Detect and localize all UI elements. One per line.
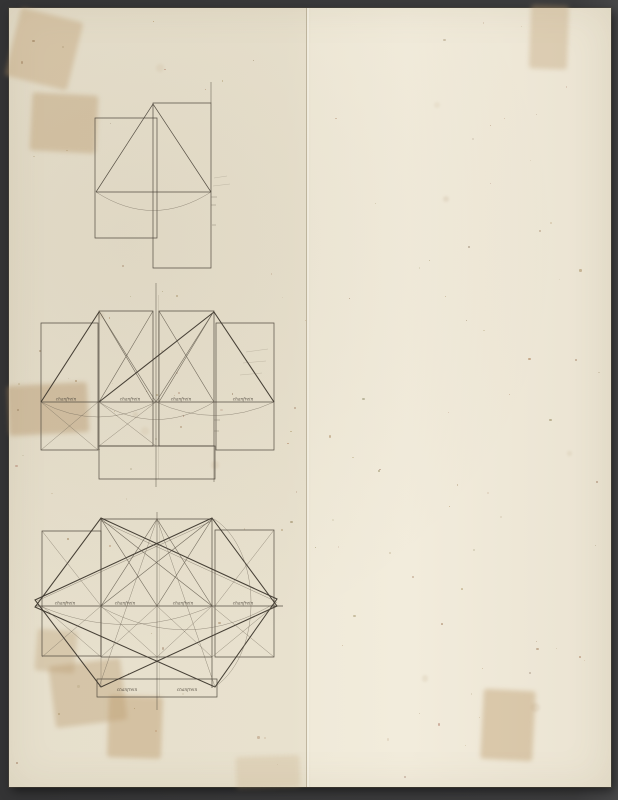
segment-label: chanfrein — [55, 602, 76, 607]
segment-label: chanfrein — [233, 602, 254, 607]
segment-label: chanfrein — [115, 602, 136, 607]
segment-label: chanfrein — [117, 688, 138, 693]
figure-bottom-development: chanfrein chanfrein chanfrein chanfrein … — [35, 512, 283, 710]
segment-label: chanfrein — [171, 398, 192, 403]
segment-label: chanfrein — [56, 398, 77, 403]
pencil-drawing-layer: chanfrein chanfrein chanfrein chanfrein … — [0, 0, 618, 800]
scanned-plate: { "scan": { "frame_color": "#3a3a3b", "p… — [0, 0, 618, 800]
segment-label: chanfrein — [233, 398, 254, 403]
segment-label: chanfrein — [177, 688, 198, 693]
figure-top-pyramid — [95, 82, 230, 268]
segment-label: chanfrein — [120, 398, 141, 403]
segment-label: chanfrein — [173, 602, 194, 607]
figure-middle-development: chanfrein chanfrein chanfrein chanfrein — [41, 283, 274, 487]
